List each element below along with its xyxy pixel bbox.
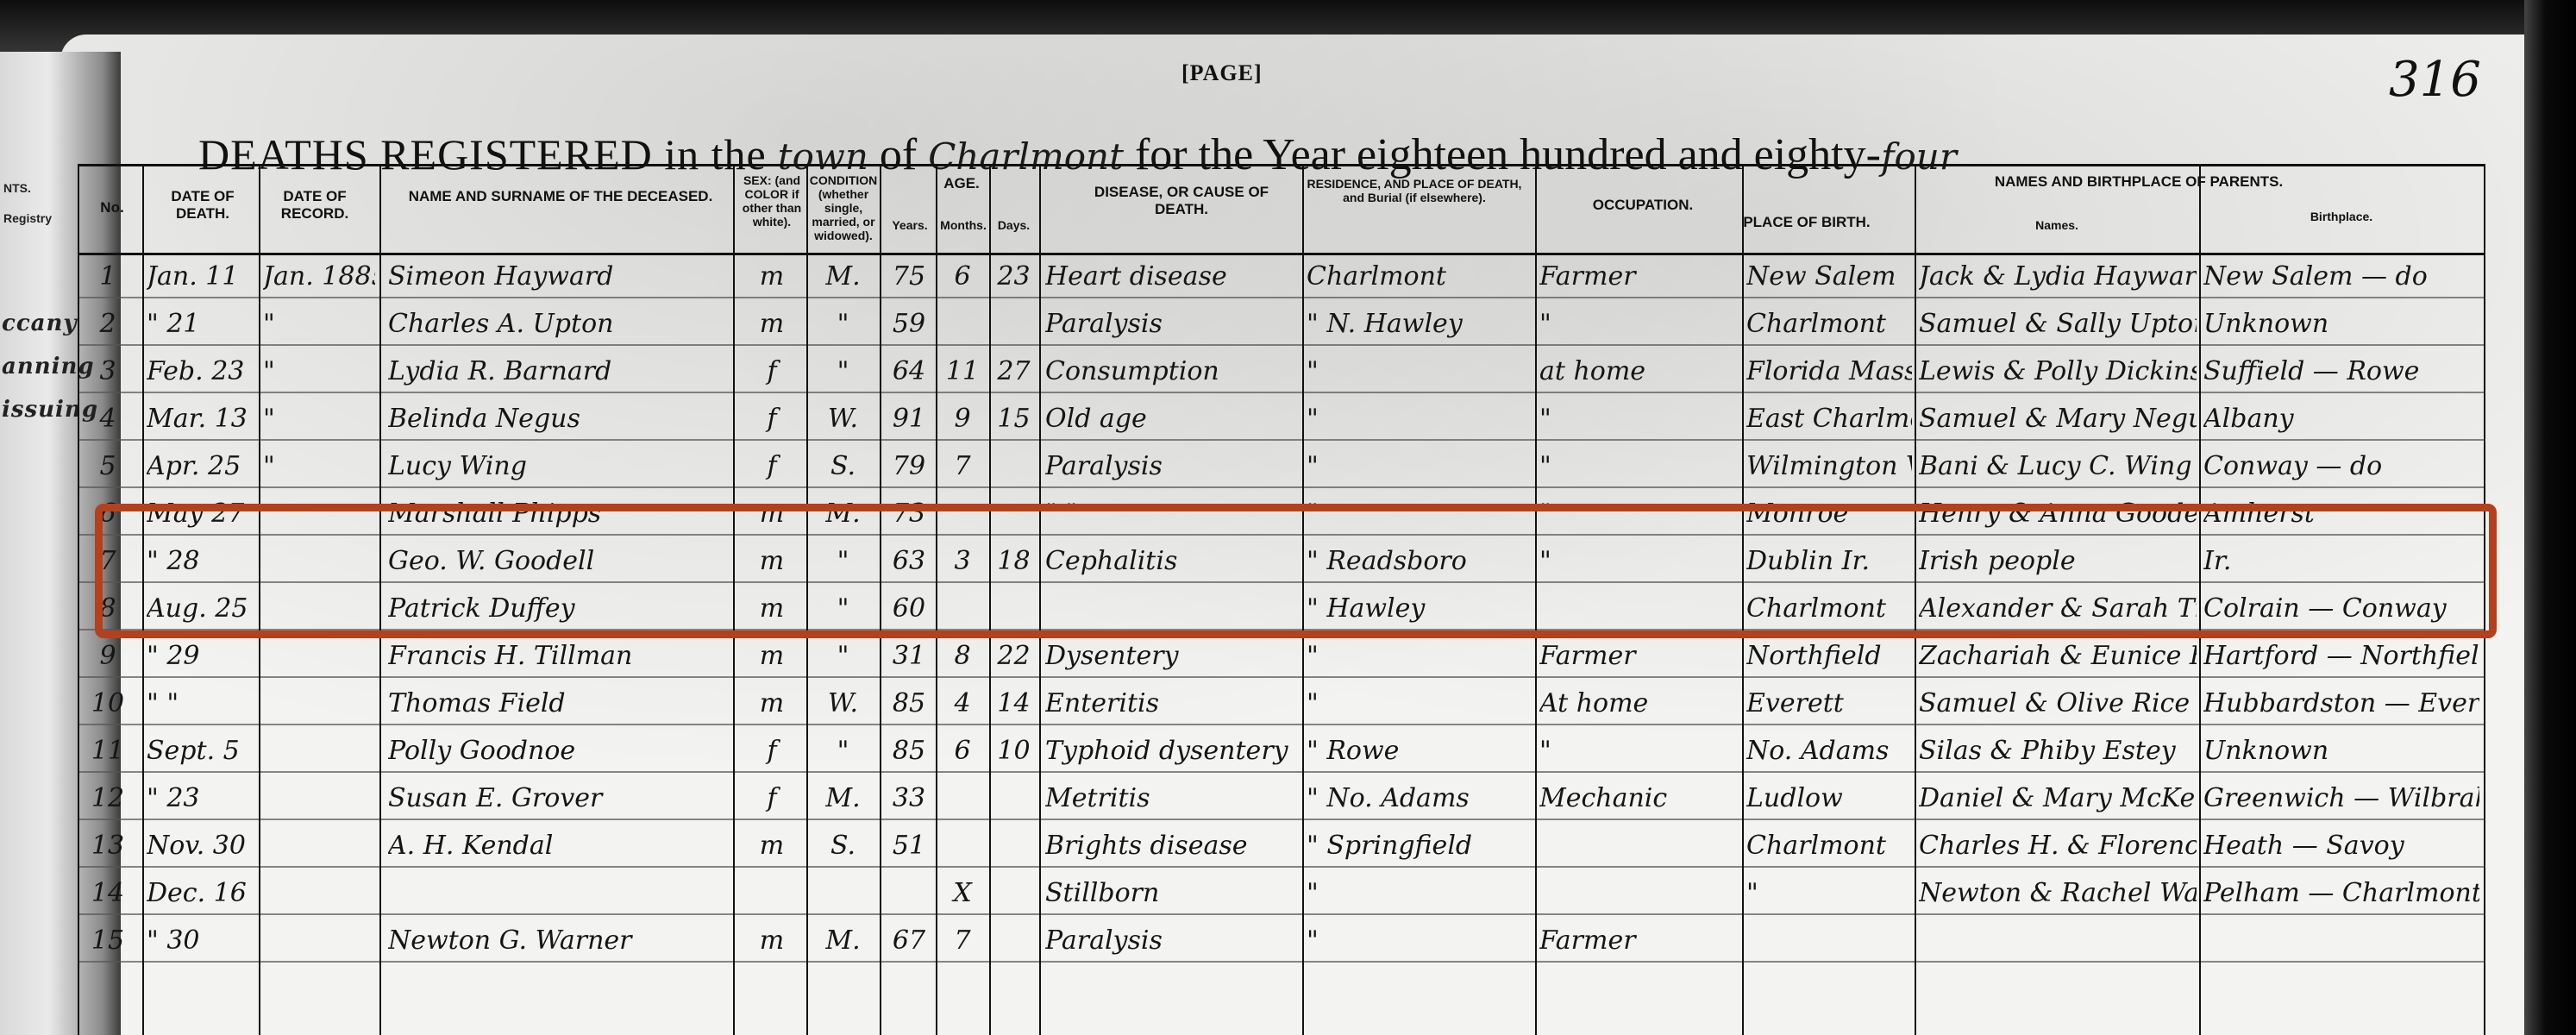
column-divider [806,164,808,1035]
column-divider [1039,164,1041,1035]
occupation: " [1539,736,1739,766]
parents-names: Zachariah & Eunice Field [1919,641,2197,671]
condition: M. [811,925,875,956]
row-rule [78,297,2484,298]
deceased-name: Francis H. Tillman [388,641,729,671]
sex: m [742,499,802,529]
row-rule [78,961,2484,963]
date-of-death: May 27 [147,499,254,529]
parents-names: Henry & Anna Goodell [1919,499,2197,529]
condition: " [811,546,875,576]
header-condition: CONDITION (whether single, married, or w… [809,173,878,242]
page-label: [PAGE] [1181,60,1263,86]
cause-of-death: Metritis [1045,783,1300,813]
column-divider [2199,164,2201,1035]
row-number: 5 [82,451,134,481]
place-of-birth: Charlmont [1746,593,1912,624]
cause-of-death: Dysentery [1045,641,1300,671]
deceased-name: Marshall Phipps [388,499,729,529]
header-date-of-record: DATE OF RECORD. [263,188,367,222]
cause-of-death: Paralysis [1045,925,1300,956]
residence: " [1307,499,1532,529]
residence: " [1307,878,1532,908]
parents-birthplace: Suffield — Rowe [2203,356,2479,386]
column-divider [880,164,881,1035]
date-of-death: Nov. 30 [147,831,254,861]
occupation: Mechanic [1539,783,1739,813]
header-parents-birthplace: Birthplace. [2199,210,2484,223]
age-days: 10 [990,736,1037,766]
parents-names: Lewis & Polly Dickinson [1919,356,2197,386]
date-of-death: " 28 [147,546,254,576]
deceased-name: Susan E. Grover [388,783,729,813]
parents-birthplace: Conway — do [2203,451,2479,481]
parents-names: Newton & Rachel Warner [1919,878,2197,908]
age-days: 15 [990,404,1037,434]
sex: f [742,356,802,386]
cause-of-death: Heart disease [1045,261,1300,292]
parents-birthplace: Colrain — Conway [2203,593,2479,624]
row-number: 13 [82,831,134,861]
page-number: 316 [2389,52,2481,108]
column-divider [1742,164,1744,1035]
age-months: X [937,878,987,908]
age-days: 27 [990,356,1037,386]
row-rule [78,344,2484,346]
place-of-birth: Everett [1746,688,1912,718]
residence: " Rowe [1307,736,1532,766]
age-months: 6 [937,736,987,766]
deceased-name: A. H. Kendal [388,831,729,861]
age-months: 9 [937,404,987,434]
condition: M. [811,499,875,529]
date-of-death: Apr. 25 [147,451,254,481]
age-years: 67 [884,925,934,956]
residence: " [1307,688,1532,718]
cause-of-death: Enteritis [1045,688,1300,718]
age-years: 73 [884,499,934,529]
date-of-death: " 29 [147,641,254,671]
margin-label: Registry [3,211,52,225]
age-months: 3 [937,546,987,576]
age-years: 51 [884,831,934,861]
occupation: Farmer [1539,641,1739,671]
residence: " Readsboro [1307,546,1532,576]
age-years: 33 [884,783,934,813]
row-number: 9 [82,641,134,671]
column-divider [1302,164,1304,1035]
age-months: 4 [937,688,987,718]
condition: M. [811,261,875,292]
table-header: No. DATE OF DEATH. DATE OF RECORD. NAME … [78,164,2484,255]
sex: f [742,404,802,434]
deceased-name: Patrick Duffey [388,593,729,624]
date-of-death: " " [147,688,254,718]
date-of-record: " [263,404,375,434]
residence: " [1307,404,1532,434]
column-divider [379,164,381,1035]
sex: m [742,593,802,624]
parents-birthplace: Greenwich — Wilbraham [2203,783,2479,813]
column-divider [259,164,260,1035]
header-residence: RESIDENCE, AND PLACE OF DEATH, and Buria… [1302,177,1526,204]
age-months: 11 [937,356,987,386]
residence: " N. Hawley [1307,309,1532,339]
place-of-birth: Florida Mass [1746,356,1912,386]
condition: M. [811,783,875,813]
age-years: 85 [884,736,934,766]
sex: m [742,546,802,576]
header-date-of-death: DATE OF DEATH. [147,188,259,222]
parents-birthplace: New Salem — do [2203,261,2479,292]
age-years: 85 [884,688,934,718]
parents-birthplace: Pelham — Charlmont [2203,878,2479,908]
condition: S. [811,831,875,861]
occupation: " [1539,499,1739,529]
place-of-birth: Northfield [1746,641,1912,671]
place-of-birth: Charlmont [1746,831,1912,861]
parents-birthplace: Albany [2203,404,2479,434]
deceased-name: Lucy Wing [388,451,729,481]
parents-birthplace: Hubbardston — Everett [2203,688,2479,718]
row-number: 14 [82,878,134,908]
row-rule [78,866,2484,868]
margin-label: NTS. [3,181,31,195]
date-of-record: " [263,309,375,339]
header-age-days: Days. [990,218,1037,232]
column-divider [142,164,144,1035]
date-of-record: Jan. 1885 [263,261,375,292]
header-sex: SEX: (and COLOR if other than white). [737,173,806,229]
age-days: 22 [990,641,1037,671]
occupation: Farmer [1539,925,1739,956]
deceased-name: Simeon Hayward [388,261,729,292]
row-rule [78,724,2484,725]
date-of-death: " 23 [147,783,254,813]
sex: m [742,688,802,718]
deceased-name: Geo. W. Goodell [388,546,729,576]
cause-of-death: Typhoid dysentery [1045,736,1300,766]
deceased-name: Polly Goodnoe [388,736,729,766]
row-number: 3 [82,356,134,386]
place-of-birth: Ludlow [1746,783,1912,813]
row-rule [78,819,2484,820]
parents-names: Charles H. & Florence C. Fay [1919,831,2197,861]
date-of-death: Sept. 5 [147,736,254,766]
header-age-months: Months. [937,218,989,232]
sex: m [742,831,802,861]
book-edge [2524,0,2576,1035]
deceased-name: Newton G. Warner [388,925,729,956]
occupation: " [1539,404,1739,434]
row-number: 15 [82,925,134,956]
row-number: 2 [82,309,134,339]
age-months: 7 [937,451,987,481]
margin-scrawl: anning [2,354,95,379]
condition: W. [811,404,875,434]
residence: " [1307,925,1532,956]
residence: " [1307,451,1532,481]
row-rule [78,534,2484,536]
residence: " Hawley [1307,593,1532,624]
row-rule [78,913,2484,915]
occupation: at home [1539,356,1739,386]
place-of-birth: Dublin Ir. [1746,546,1912,576]
row-number: 12 [82,783,134,813]
header-name: NAME AND SURNAME OF THE DECEASED. [397,188,724,205]
age-years: 75 [884,261,934,292]
age-days: 23 [990,261,1037,292]
header-no: No. [86,199,138,216]
condition: W. [811,688,875,718]
occupation: At home [1539,688,1739,718]
header-parents-names: Names. [1915,218,2199,232]
parents-birthplace: Hartford — Northfield [2203,641,2479,671]
row-rule [78,486,2484,488]
age-years: 59 [884,309,934,339]
row-rule [78,676,2484,678]
date-of-death: " 21 [147,309,254,339]
sex: m [742,309,802,339]
margin-scrawl: ccany [2,310,78,336]
occupation: " [1539,451,1739,481]
age-years: 63 [884,546,934,576]
age-days: 18 [990,546,1037,576]
age-years: 79 [884,451,934,481]
parents-names: Samuel & Mary Negus [1919,404,2197,434]
column-divider [78,164,79,1035]
condition: S. [811,451,875,481]
condition: " [811,593,875,624]
row-number: 11 [82,736,134,766]
header-disease: DISEASE, OR CAUSE OF DEATH. [1069,184,1294,217]
parents-birthplace: Ir. [2203,546,2479,576]
parents-birthplace: Unknown [2203,736,2479,766]
date-of-record: " [263,356,375,386]
header-parents: NAMES AND BIRTHPLACE OF PARENTS. [1915,173,2363,191]
age-months: 8 [937,641,987,671]
place-of-birth: East Charlmont [1746,404,1912,434]
column-divider [1535,164,1537,1035]
sex: m [742,641,802,671]
condition: " [811,356,875,386]
place-of-birth: Wilmington Vt. [1746,451,1912,481]
condition: " [811,641,875,671]
age-months: 7 [937,925,987,956]
age-years: 64 [884,356,934,386]
row-number: 10 [82,688,134,718]
parents-names: Alexander & Sarah Tillman [1919,593,2197,624]
row-number: 7 [82,546,134,576]
condition: " [811,309,875,339]
sex: f [742,783,802,813]
row-rule [78,581,2484,583]
residence: " Springfield [1307,831,1532,861]
sex: f [742,736,802,766]
deceased-name: Lydia R. Barnard [388,356,729,386]
cause-of-death: Paralysis [1045,451,1300,481]
row-number: 1 [82,261,134,292]
row-rule [78,771,2484,773]
deceased-name: Belinda Negus [388,404,729,434]
residence: " No. Adams [1307,783,1532,813]
age-years: 60 [884,593,934,624]
age-years: 31 [884,641,934,671]
residence: Charlmont [1307,261,1532,292]
parents-birthplace: Amherst [2203,499,2479,529]
parents-names: Daniel & Mary McKendal [1919,783,2197,813]
sex: m [742,261,802,292]
cause-of-death: Brights disease [1045,831,1300,861]
header-occupation: OCCUPATION. [1544,197,1742,214]
row-rule [78,392,2484,393]
cause-of-death: Consumption [1045,356,1300,386]
row-rule [78,439,2484,441]
cause-of-death: Stillborn [1045,878,1300,908]
date-of-record: " [263,451,375,481]
column-divider [1915,164,1916,1035]
cause-of-death: " " [1045,499,1300,529]
residence: " [1307,356,1532,386]
place-of-birth: Charlmont [1746,309,1912,339]
occupation: " [1539,309,1739,339]
place-of-birth: No. Adams [1746,736,1912,766]
occupation: " [1539,546,1739,576]
parents-names: Samuel & Sally Upton [1919,309,2197,339]
age-months: 6 [937,261,987,292]
occupation: Farmer [1539,261,1739,292]
parents-names: Bani & Lucy C. Wing [1919,451,2197,481]
parents-names: Silas & Phiby Estey [1919,736,2197,766]
header-age: AGE. [884,175,1039,192]
date-of-death: Dec. 16 [147,878,254,908]
column-divider [2484,164,2485,1035]
header-age-years: Years. [884,218,936,232]
cause-of-death: Paralysis [1045,309,1300,339]
parents-names: Samuel & Olive Rice [1919,688,2197,718]
date-of-death: Feb. 23 [147,356,254,386]
cause-of-death: Cephalitis [1045,546,1300,576]
parents-birthplace: Unknown [2203,309,2479,339]
place-of-birth: New Salem [1746,261,1912,292]
deceased-name: Charles A. Upton [388,309,729,339]
age-years: 91 [884,404,934,434]
date-of-death: Aug. 25 [147,593,254,624]
row-number: 4 [82,404,134,434]
place-of-birth: " [1746,878,1912,908]
parents-birthplace: Heath — Savoy [2203,831,2479,861]
column-divider [936,164,937,1035]
sex: f [742,451,802,481]
condition: " [811,736,875,766]
residence: " [1307,641,1532,671]
date-of-death: Mar. 13 [147,404,254,434]
place-of-birth: Monroe [1746,499,1912,529]
parents-names: Jack & Lydia Hayward [1919,261,2197,292]
row-number: 6 [82,499,134,529]
column-divider [989,164,991,1035]
age-days: 14 [990,688,1037,718]
date-of-death: Jan. 11 [147,261,254,292]
deceased-name: Thomas Field [388,688,729,718]
date-of-death: " 30 [147,925,254,956]
parents-names: Irish people [1919,546,2197,576]
sex: m [742,925,802,956]
row-number: 8 [82,593,134,624]
cause-of-death: Old age [1045,404,1300,434]
row-rule [78,629,2484,630]
header-place-of-birth: PLACE OF BIRTH. [1699,214,1915,231]
column-divider [733,164,735,1035]
